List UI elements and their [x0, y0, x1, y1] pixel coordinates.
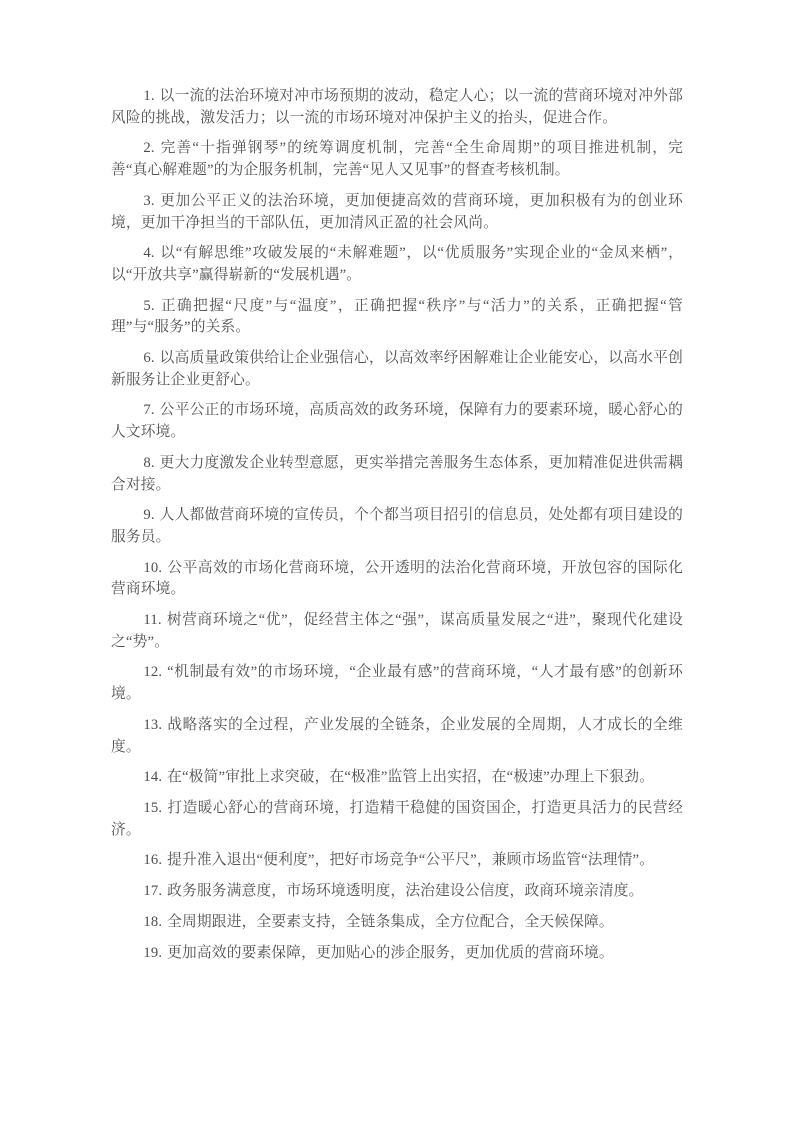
list-item: 12.“机制最有效”的市场环境，“企业最有感”的营商环境，“人才最有感”的创新环…	[111, 662, 683, 705]
item-text: 战略落实的全过程，产业发展的全链条，企业发展的全周期，人才成长的全维度。	[111, 717, 683, 755]
item-text: 以“有解思维”攻破发展的“未解难题”，以“优质服务”实现企业的“金凤来栖”，以“…	[111, 245, 683, 283]
item-text: “机制最有效”的市场环境，“企业最有感”的营商环境，“人才最有感”的创新环境。	[111, 664, 683, 702]
item-number: 16.	[143, 852, 162, 868]
item-number: 17.	[143, 883, 162, 899]
item-number: 14.	[143, 769, 162, 785]
list-item: 17.政务服务满意度，市场环境透明度，法治建设公信度，政商环境亲清度。	[111, 881, 683, 903]
list-item: 18.全周期跟进，全要素支持，全链条集成，全方位配合，全天候保障。	[111, 912, 683, 934]
item-number: 9.	[143, 507, 154, 523]
item-text: 公平高效的市场化营商环境，公开透明的法治化营商环境，开放包容的国际化营商环境。	[111, 560, 683, 598]
item-number: 12.	[143, 664, 162, 680]
item-number: 13.	[143, 717, 162, 733]
item-text: 公平公正的市场环境，高质高效的政务环境，保障有力的要素环境，暖心舒心的人文环境。	[111, 402, 683, 440]
item-number: 18.	[143, 914, 162, 930]
item-text: 以高质量政策供给让企业强信心，以高效率纾困解难让企业能安心，以高水平创新服务让企…	[111, 350, 683, 388]
item-text: 正确把握“尺度”与“温度”，正确把握“秩序”与“活力”的关系，正确把握“管理”与…	[111, 298, 683, 336]
list-item: 4.以“有解思维”攻破发展的“未解难题”，以“优质服务”实现企业的“金凤来栖”，…	[111, 243, 683, 286]
item-text: 全周期跟进，全要素支持，全链条集成，全方位配合，全天候保障。	[167, 914, 614, 930]
item-number: 2.	[143, 140, 154, 156]
list-item: 6.以高质量政策供给让企业强信心，以高效率纾困解难让企业能安心，以高水平创新服务…	[111, 348, 683, 391]
list-item: 3.更加公平正义的法治环境，更加便捷高效的营商环境，更加积极有为的创业环境，更加…	[111, 191, 683, 234]
item-number: 19.	[143, 945, 162, 961]
item-text: 更大力度激发企业转型意愿，更实举措完善服务生态体系，更加精准促进供需耦合对接。	[111, 455, 683, 493]
list-item: 7.公平公正的市场环境，高质高效的政务环境，保障有力的要素环境，暖心舒心的人文环…	[111, 400, 683, 443]
item-number: 15.	[143, 800, 162, 816]
item-text: 以一流的法治环境对冲市场预期的波动，稳定人心；以一流的营商环境对冲外部风险的挑战…	[111, 88, 683, 126]
document-page: 1.以一流的法治环境对冲市场预期的波动，稳定人心；以一流的营商环境对冲外部风险的…	[0, 0, 793, 1122]
item-number: 11.	[143, 612, 161, 628]
item-text: 完善“十指弹钢琴”的统筹调度机制，完善“全生命周期”的项目推进机制，完善“真心解…	[111, 140, 683, 178]
item-text: 更加公平正义的法治环境，更加便捷高效的营商环境，更加积极有为的创业环境，更加干净…	[111, 193, 683, 231]
item-text: 打造暖心舒心的营商环境，打造精干稳健的国资国企，打造更具活力的民营经济。	[111, 800, 683, 838]
list-item: 14.在“极简”审批上求突破，在“极准”监管上出实招，在“极速”办理上下狠劲。	[111, 767, 683, 789]
list-item: 5.正确把握“尺度”与“温度”，正确把握“秩序”与“活力”的关系，正确把握“管理…	[111, 296, 683, 339]
list-item: 19.更加高效的要素保障，更加贴心的涉企服务，更加优质的营商环境。	[111, 943, 683, 965]
item-text: 政务服务满意度，市场环境透明度，法治建设公信度，政商环境亲清度。	[167, 883, 643, 899]
list-item: 9.人人都做营商环境的宣传员，个个都当项目招引的信息员，处处都有项目建设的服务员…	[111, 505, 683, 548]
item-text: 人人都做营商环境的宣传员，个个都当项目招引的信息员，处处都有项目建设的服务员。	[111, 507, 683, 545]
list-item: 8.更大力度激发企业转型意愿，更实举措完善服务生态体系，更加精准促进供需耦合对接…	[111, 453, 683, 496]
list-item: 16.提升准入退出“便利度”，把好市场竞争“公平尺”，兼顾市场监管“法理情”。	[111, 850, 683, 872]
item-number: 8.	[143, 455, 154, 471]
list-item: 10.公平高效的市场化营商环境，公开透明的法治化营商环境，开放包容的国际化营商环…	[111, 558, 683, 601]
item-text: 树营商环境之“优”，促经营主体之“强”，谋高质量发展之“进”，聚现代化建设之“势…	[111, 612, 683, 650]
item-text: 更加高效的要素保障，更加贴心的涉企服务，更加优质的营商环境。	[167, 945, 614, 961]
list-item: 15.打造暖心舒心的营商环境，打造精干稳健的国资国企，打造更具活力的民营经济。	[111, 798, 683, 841]
list-item: 11.树营商环境之“优”，促经营主体之“强”，谋高质量发展之“进”，聚现代化建设…	[111, 610, 683, 653]
paragraph-list: 1.以一流的法治环境对冲市场预期的波动，稳定人心；以一流的营商环境对冲外部风险的…	[111, 86, 683, 973]
item-number: 4.	[143, 245, 154, 261]
item-number: 7.	[143, 402, 154, 418]
item-number: 5.	[143, 298, 154, 314]
list-item: 13.战略落实的全过程，产业发展的全链条，企业发展的全周期，人才成长的全维度。	[111, 715, 683, 758]
list-item: 1.以一流的法治环境对冲市场预期的波动，稳定人心；以一流的营商环境对冲外部风险的…	[111, 86, 683, 129]
item-number: 1.	[143, 88, 154, 104]
item-text: 提升准入退出“便利度”，把好市场竞争“公平尺”，兼顾市场监管“法理情”。	[167, 852, 654, 868]
list-item: 2.完善“十指弹钢琴”的统筹调度机制，完善“全生命周期”的项目推进机制，完善“真…	[111, 138, 683, 181]
item-number: 3.	[143, 193, 154, 209]
item-text: 在“极简”审批上求突破，在“极准”监管上出实招，在“极速”办理上下狠劲。	[167, 769, 654, 785]
item-number: 6.	[143, 350, 154, 366]
item-number: 10.	[143, 560, 162, 576]
